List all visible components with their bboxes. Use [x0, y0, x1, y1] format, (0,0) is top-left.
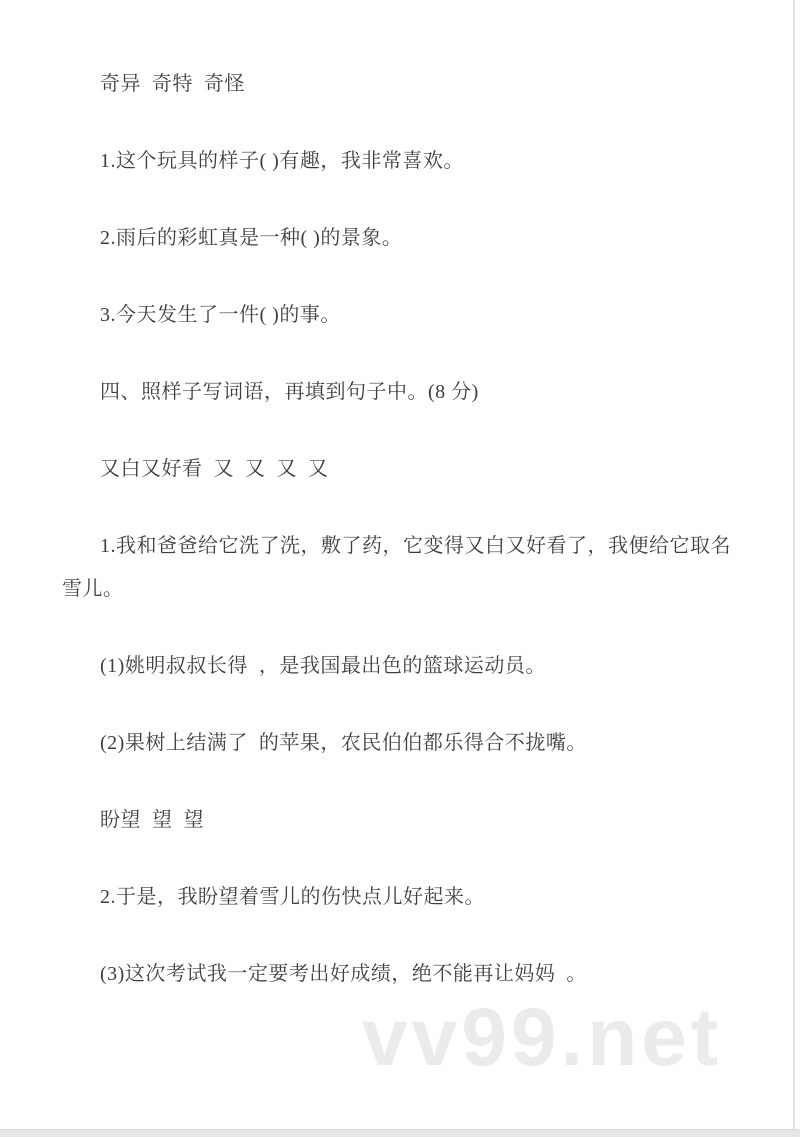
worksheet-page: 奇异 奇特 奇怪 1.这个玩具的样子( )有趣，我非常喜欢。 2.雨后的彩虹真是…	[0, 0, 800, 996]
page-right-edge-line	[793, 0, 795, 1129]
watermark-vv99net: vv99.net	[362, 997, 722, 1079]
question-fill-2: 2.雨后的彩虹真是一种( )的景象。	[62, 217, 738, 260]
question-fill-1: 1.这个玩具的样子( )有趣，我非常喜欢。	[62, 140, 738, 183]
word-pattern-example: 又白又好看 又 又 又 又	[62, 448, 738, 491]
question-sub-3: (3)这次考试我一定要考出好成绩，绝不能再让妈妈 。	[62, 953, 738, 996]
sentence-example-1: 1.我和爸爸给它洗了洗，敷了药，它变得又白又好看了，我便给它取名雪儿。	[62, 525, 738, 611]
word-bank-qiyi: 奇异 奇特 奇怪	[62, 63, 738, 106]
section-four-heading: 四、照样子写词语，再填到句子中。(8 分)	[62, 371, 738, 414]
word-bank-panwang: 盼望 望 望	[62, 799, 738, 842]
question-sub-1: (1)姚明叔叔长得 ，是我国最出色的篮球运动员。	[62, 645, 738, 688]
question-fill-3: 3.今天发生了一件( )的事。	[62, 294, 738, 337]
sentence-example-2: 2.于是，我盼望着雪儿的伤快点儿好起来。	[62, 876, 738, 919]
page-bottom-band	[0, 1129, 800, 1137]
question-sub-2: (2)果树上结满了 的苹果，农民伯伯都乐得合不拢嘴。	[62, 722, 738, 765]
